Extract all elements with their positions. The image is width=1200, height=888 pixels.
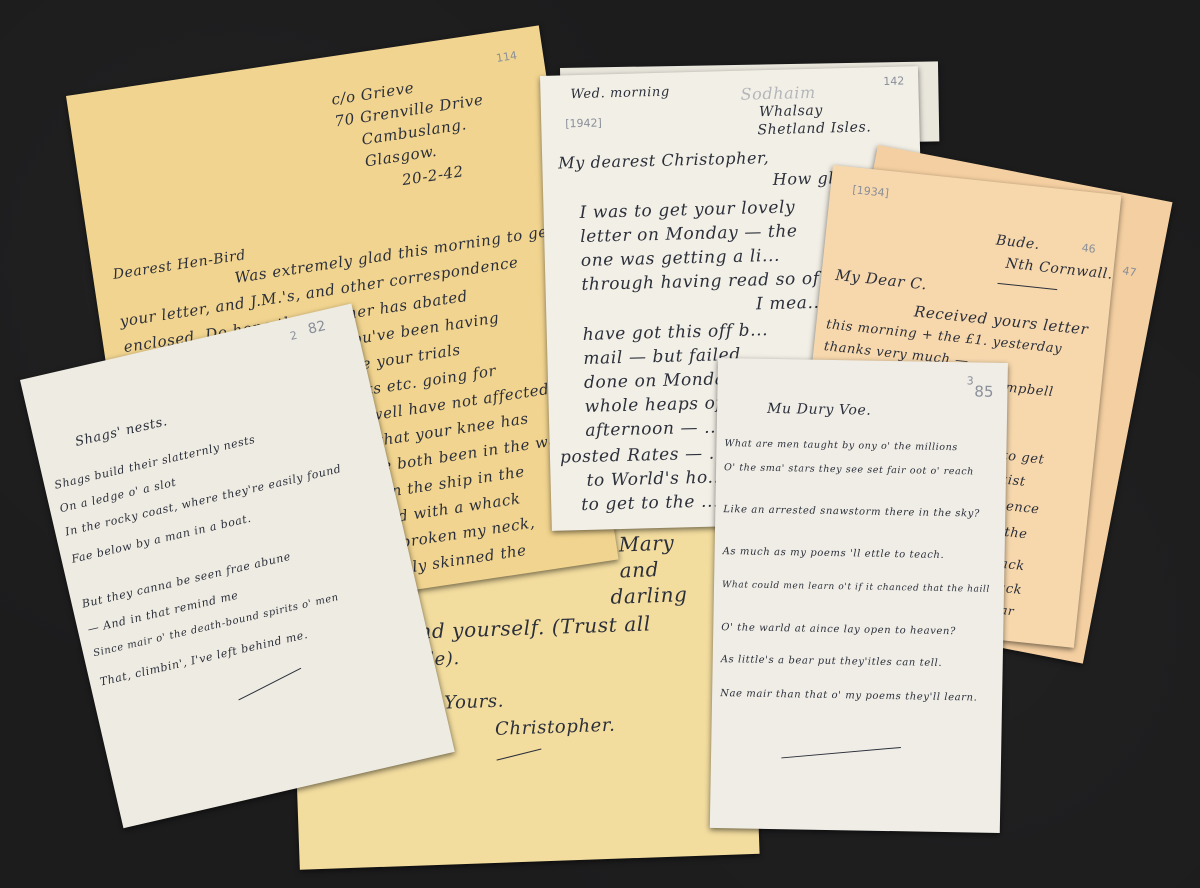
body-line: have got this off b... — [583, 320, 769, 345]
address-line: Nth Cornwall. — [1005, 256, 1114, 283]
flourish-line — [781, 747, 901, 758]
closing-line: and — [619, 557, 659, 582]
page-number: 142 — [883, 74, 904, 88]
poem-line: O' the warld at aince lay open to heaven… — [721, 622, 956, 637]
letter-date: 20-2-42 — [401, 162, 465, 189]
poem-mu-dury-voe-sheet: 3 85 Mu Dury Voe. What are men taught by… — [710, 358, 1008, 833]
letter-day: Wed. morning — [570, 85, 670, 103]
page-number: 114 — [495, 49, 518, 65]
address-line: Bude. — [995, 232, 1040, 253]
closing-line: darling — [610, 582, 688, 609]
poem-title: Mu Dury Voe. — [767, 401, 872, 419]
salutation: My dearest Christopher, — [558, 148, 769, 173]
address-line: Sodhaim — [740, 83, 816, 104]
year-note: [1942] — [565, 116, 602, 130]
body-line: I mea... — [756, 293, 826, 315]
address-line: Shetland Isles. — [757, 119, 871, 138]
poem-line: As little's a bear put they'itles can te… — [721, 654, 943, 669]
body-line: posted Rates — ... — [560, 443, 727, 467]
flourish-line — [238, 668, 301, 701]
body-line: through having read so of... — [581, 268, 837, 295]
closing-line: Mary — [618, 531, 674, 557]
year-note: [1934] — [852, 183, 890, 200]
sheet-mark: 2 — [289, 329, 299, 343]
flourish-line — [497, 749, 542, 761]
letter-closing: Yours. — [444, 691, 505, 714]
poem-line: O' the sma' stars they see set fair oot … — [724, 462, 974, 477]
poem-line: What could men learn o't if it chanced t… — [722, 580, 990, 595]
page-number: 46 — [1081, 241, 1096, 255]
poem-line: What are men taught by ony o' the millio… — [724, 438, 958, 453]
poem-title: Shags' nests. — [74, 414, 169, 450]
body-line: to World's ho... — [586, 467, 725, 491]
archive-photo: { "scene": { "description": "Photograph … — [0, 0, 1200, 888]
poem-line: Nae mair than that o' my poems they'll l… — [720, 688, 977, 703]
page-number: 85 — [974, 382, 993, 400]
body-line: to get to the ... — [581, 491, 719, 515]
flourish-line — [997, 283, 1057, 290]
page-number: 47 — [1121, 264, 1137, 279]
body-line: one was getting a li... — [581, 246, 781, 271]
sheet-mark: 3 — [967, 374, 974, 387]
salutation: My Dear C. — [835, 266, 928, 294]
poem-line: Like an arrested snawstorm there in the … — [723, 504, 980, 519]
letter-signature: Christopher. — [495, 715, 616, 740]
body-line: letter on Monday — the — [580, 221, 798, 247]
address-line: Whalsay — [759, 103, 823, 121]
body-line: I was to get your lovely — [579, 197, 795, 223]
page-number: 82 — [306, 318, 327, 338]
poem-line: As much as my poems 'll ettle to teach. — [723, 546, 945, 561]
salutation: Dearest Hen-Bird — [112, 247, 247, 283]
